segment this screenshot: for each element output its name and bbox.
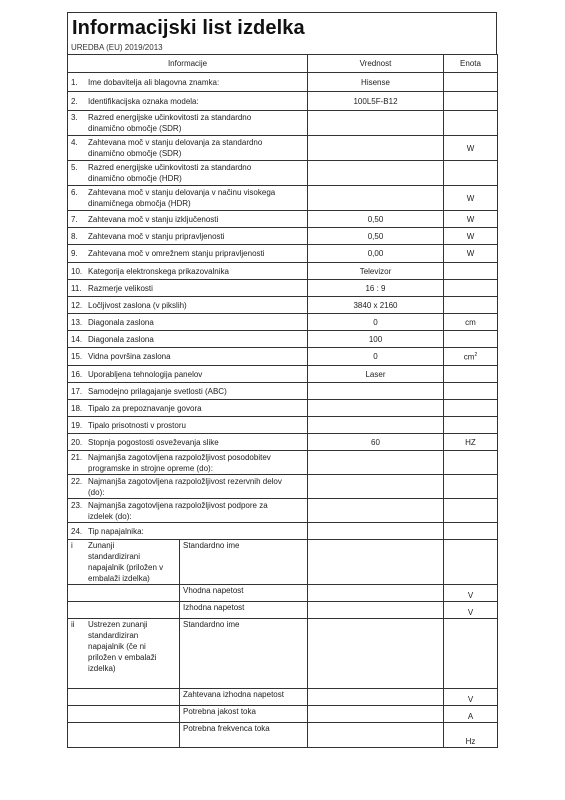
row-value: Laser [308, 366, 444, 383]
row-number: 18. [71, 403, 88, 414]
row-unit [444, 161, 498, 186]
row-unit [444, 400, 498, 417]
row-unit [444, 280, 498, 297]
power-supply-field-unit: V [444, 602, 498, 619]
row-value: 100L5F-B12 [308, 92, 444, 111]
power-supply-field-label: Standardno ime [180, 540, 308, 585]
row-number: 14. [71, 334, 88, 345]
row-number: 16. [71, 369, 88, 380]
row-label: Najmanjša zagotovljena razpoložljivost p… [88, 500, 288, 522]
row-label: Ime dobavitelja ali blagovna znamka: [88, 77, 288, 88]
row-value: Televizor [308, 263, 444, 280]
row-label: Diagonala zaslona [88, 334, 288, 345]
power-supply-field-unit [444, 619, 498, 689]
row-value: 0,50 [308, 228, 444, 245]
row-value: 0,50 [308, 211, 444, 228]
row-unit [444, 451, 498, 475]
row-value [308, 523, 444, 540]
row-unit: W [444, 245, 498, 263]
table-row: 22.Najmanjša zagotovljena razpoložljivos… [68, 475, 498, 499]
row-value [308, 383, 444, 400]
row-unit: W [444, 186, 498, 211]
row-value: 0 [308, 314, 444, 331]
row-label-cell: 21.Najmanjša zagotovljena razpoložljivos… [68, 451, 308, 475]
power-supply-field-value [308, 585, 444, 602]
table-row: 2.Identifikacijska oznaka modela:100L5F-… [68, 92, 498, 111]
row-number: 20. [71, 437, 88, 448]
row-label: Samodejno prilagajanje svetlosti (ABC) [88, 386, 288, 397]
power-supply-field-unit: Hz [444, 723, 498, 748]
table-row: 12.Ločljivost zaslona (v pikslih)3840 x … [68, 297, 498, 314]
row-number: 6. [71, 187, 88, 198]
row-unit [444, 383, 498, 400]
table-row: 23.Najmanjša zagotovljena razpoložljivos… [68, 499, 498, 523]
row-number: 3. [71, 112, 88, 123]
table-row: 21.Najmanjša zagotovljena razpoložljivos… [68, 451, 498, 475]
row-label-cell: 9.Zahtevana moč v omrežnem stanju pripra… [68, 245, 308, 263]
power-supply-field-value [308, 706, 444, 723]
table-row: 17.Samodejno prilagajanje svetlosti (ABC… [68, 383, 498, 400]
power-supply-field-value [308, 540, 444, 585]
row-unit: HZ [444, 434, 498, 451]
row-number: 24. [71, 526, 88, 537]
row-value [308, 499, 444, 523]
power-supply-field-unit: V [444, 585, 498, 602]
row-number: 1. [71, 77, 88, 88]
row-label: Zahtevana moč v stanju delovanja v način… [88, 187, 288, 209]
row-label: Najmanjša zagotovljena razpoložljivost p… [88, 452, 288, 474]
unit-text: W [467, 144, 475, 153]
group-number: ii [71, 619, 88, 630]
row-label: Identifikacijska oznaka modela: [88, 96, 288, 107]
row-label-cell: 18.Tipalo za prepoznavanje govora [68, 400, 308, 417]
row-number: 19. [71, 420, 88, 431]
table-header-row: Informacije Vrednost Enota [68, 55, 498, 73]
row-label: Zahtevana moč v stanju pripravljenosti [88, 231, 288, 242]
row-number: 21. [71, 452, 88, 463]
unit-text: W [467, 215, 475, 224]
row-label-cell: 1.Ime dobavitelja ali blagovna znamka: [68, 73, 308, 92]
document-title: Informacijski list izdelka [72, 17, 305, 40]
row-label: Zahtevana moč v omrežnem stanju pripravl… [88, 248, 288, 259]
power-supply-row: Zahtevana izhodna napetostV [68, 689, 498, 706]
row-value [308, 475, 444, 499]
product-information-sheet: Informacijski list izdelka UREDBA (EU) 2… [67, 12, 497, 738]
row-value: Hisense [308, 73, 444, 92]
row-number: 11. [71, 283, 88, 294]
row-label-cell: 24.Tip napajalnika: [68, 523, 308, 540]
row-label: Razmerje velikosti [88, 283, 288, 294]
table-row: 1.Ime dobavitelja ali blagovna znamka:Hi… [68, 73, 498, 92]
power-supply-field-unit: A [444, 706, 498, 723]
row-unit: W [444, 136, 498, 161]
row-label-cell: 10.Kategorija elektronskega prikazovalni… [68, 263, 308, 280]
power-supply-group-label: iiUstrezen zunanji standardiziran napaja… [68, 619, 180, 689]
row-label: Najmanjša zagotovljena razpoložljivost r… [88, 476, 288, 498]
row-unit [444, 366, 498, 383]
table-row: 7.Zahtevana moč v stanju izključenosti0,… [68, 211, 498, 228]
row-label-cell: 13.Diagonala zaslona [68, 314, 308, 331]
row-number: 12. [71, 300, 88, 311]
unit-text: cm [464, 353, 475, 362]
power-supply-field-label: Izhodna napetost [180, 602, 308, 619]
power-supply-row: iiUstrezen zunanji standardiziran napaja… [68, 619, 498, 689]
row-label: Tipalo prisotnosti v prostoru [88, 420, 288, 431]
unit-text: W [467, 249, 475, 258]
power-supply-field-value [308, 619, 444, 689]
table-row: 11.Razmerje velikosti16 : 9 [68, 280, 498, 297]
row-unit: W [444, 211, 498, 228]
row-number: 17. [71, 386, 88, 397]
table-row: 19.Tipalo prisotnosti v prostoru [68, 417, 498, 434]
unit-text: W [467, 232, 475, 241]
row-label-cell: 12.Ločljivost zaslona (v pikslih) [68, 297, 308, 314]
row-value: 3840 x 2160 [308, 297, 444, 314]
row-number: 23. [71, 500, 88, 511]
power-supply-field-value [308, 602, 444, 619]
table-row: 9.Zahtevana moč v omrežnem stanju pripra… [68, 245, 498, 263]
row-label: Stopnja pogostosti osveževanja slike [88, 437, 288, 448]
row-label-cell: 14.Diagonala zaslona [68, 331, 308, 348]
row-label-cell: 20.Stopnja pogostosti osveževanja slike [68, 434, 308, 451]
row-number: 22. [71, 476, 88, 487]
table-row: 10.Kategorija elektronskega prikazovalni… [68, 263, 498, 280]
power-supply-field-unit [444, 540, 498, 585]
row-value [308, 136, 444, 161]
row-label: Diagonala zaslona [88, 317, 288, 328]
row-number: 8. [71, 231, 88, 242]
row-label-cell: 5.Razred energijske učinkovitosti za sta… [68, 161, 308, 186]
row-label-cell: 4.Zahtevana moč v stanju delovanja za st… [68, 136, 308, 161]
power-supply-field-unit: V [444, 689, 498, 706]
row-label: Vidna površina zaslona [88, 351, 288, 362]
row-label-cell: 2.Identifikacijska oznaka modela: [68, 92, 308, 111]
row-number: 13. [71, 317, 88, 328]
table-row: 13.Diagonala zaslona0cm [68, 314, 498, 331]
row-label: Uporabljena tehnologija panelov [88, 369, 288, 380]
power-supply-field-label: Standardno ime [180, 619, 308, 689]
row-number: 4. [71, 137, 88, 148]
row-label-cell: 6.Zahtevana moč v stanju delovanja v nač… [68, 186, 308, 211]
row-label-cell: 8.Zahtevana moč v stanju pripravljenosti [68, 228, 308, 245]
header-info: Informacije [68, 55, 308, 73]
row-unit [444, 263, 498, 280]
row-unit [444, 92, 498, 111]
group-number: i [71, 540, 88, 551]
row-number: 15. [71, 351, 88, 362]
group-label: Ustrezen zunanji standardiziran napajaln… [88, 619, 168, 674]
row-label: Tipalo za prepoznavanje govora [88, 403, 288, 414]
table-row: 6.Zahtevana moč v stanju delovanja v nač… [68, 186, 498, 211]
row-label: Tip napajalnika: [88, 526, 288, 537]
empty-group-cell [68, 585, 180, 602]
table-row: 8.Zahtevana moč v stanju pripravljenosti… [68, 228, 498, 245]
row-unit [444, 73, 498, 92]
row-unit [444, 331, 498, 348]
power-supply-field-value [308, 689, 444, 706]
row-value [308, 111, 444, 136]
table-row: 5.Razred energijske učinkovitosti za sta… [68, 161, 498, 186]
power-supply-row: Potrebna frekvenca tokaHz [68, 723, 498, 748]
title-box: Informacijski list izdelka UREDBA (EU) 2… [67, 12, 497, 55]
empty-group-cell [68, 689, 180, 706]
row-unit [444, 297, 498, 314]
row-unit [444, 111, 498, 136]
table-row: 18.Tipalo za prepoznavanje govora [68, 400, 498, 417]
regulation-reference: UREDBA (EU) 2019/2013 [71, 43, 163, 52]
row-unit [444, 499, 498, 523]
row-label: Razred energijske učinkovitosti za stand… [88, 162, 288, 184]
row-number: 10. [71, 266, 88, 277]
row-label-cell: 11.Razmerje velikosti [68, 280, 308, 297]
row-value [308, 400, 444, 417]
row-value [308, 161, 444, 186]
product-info-table: Informacije Vrednost Enota 1.Ime dobavit… [67, 54, 498, 748]
empty-group-cell [68, 706, 180, 723]
row-unit [444, 475, 498, 499]
row-number: 2. [71, 96, 88, 107]
empty-group-cell [68, 602, 180, 619]
row-label-cell: 3.Razred energijske učinkovitosti za sta… [68, 111, 308, 136]
row-value: 0,00 [308, 245, 444, 263]
power-supply-field-label: Potrebna jakost toka [180, 706, 308, 723]
unit-text: W [467, 194, 475, 203]
row-label-cell: 7.Zahtevana moč v stanju izključenosti [68, 211, 308, 228]
header-value: Vrednost [308, 55, 444, 73]
row-number: 9. [71, 248, 88, 259]
row-value: 60 [308, 434, 444, 451]
row-value [308, 417, 444, 434]
table-row: 16.Uporabljena tehnologija panelovLaser [68, 366, 498, 383]
row-label-cell: 19.Tipalo prisotnosti v prostoru [68, 417, 308, 434]
row-unit [444, 523, 498, 540]
row-value: 16 : 9 [308, 280, 444, 297]
table-row: 15.Vidna površina zaslona0cm2 [68, 348, 498, 366]
row-label: Zahtevana moč v stanju izključenosti [88, 214, 288, 225]
row-label: Ločljivost zaslona (v pikslih) [88, 300, 288, 311]
row-number: 7. [71, 214, 88, 225]
row-unit [444, 417, 498, 434]
row-value: 100 [308, 331, 444, 348]
power-supply-field-label: Zahtevana izhodna napetost [180, 689, 308, 706]
power-supply-field-value [308, 723, 444, 748]
table-row: 3.Razred energijske učinkovitosti za sta… [68, 111, 498, 136]
power-supply-field-label: Vhodna napetost [180, 585, 308, 602]
row-value [308, 451, 444, 475]
row-label-cell: 15.Vidna površina zaslona [68, 348, 308, 366]
power-supply-row: Vhodna napetostV [68, 585, 498, 602]
row-label: Kategorija elektronskega prikazovalnika [88, 266, 288, 277]
group-label: Zunanji standardizirani napajalnik (pril… [88, 540, 168, 584]
row-label-cell: 16.Uporabljena tehnologija panelov [68, 366, 308, 383]
empty-group-cell [68, 723, 180, 748]
power-supply-field-label: Potrebna frekvenca toka [180, 723, 308, 748]
row-value [308, 186, 444, 211]
power-supply-row: Izhodna napetostV [68, 602, 498, 619]
row-unit: cm2 [444, 348, 498, 366]
row-label: Razred energijske učinkovitosti za stand… [88, 112, 288, 134]
unit-text: cm [465, 318, 476, 327]
row-label-cell: 22.Najmanjša zagotovljena razpoložljivos… [68, 475, 308, 499]
row-value: 0 [308, 348, 444, 366]
unit-text: HZ [465, 438, 476, 447]
header-unit: Enota [444, 55, 498, 73]
row-number: 5. [71, 162, 88, 173]
unit-superscript: 2 [474, 352, 477, 358]
table-row: 20.Stopnja pogostosti osveževanja slike6… [68, 434, 498, 451]
table-row: 14.Diagonala zaslona100 [68, 331, 498, 348]
table-row: 4.Zahtevana moč v stanju delovanja za st… [68, 136, 498, 161]
power-supply-row: Potrebna jakost tokaA [68, 706, 498, 723]
row-label: Zahtevana moč v stanju delovanja za stan… [88, 137, 288, 159]
power-supply-row: iZunanji standardizirani napajalnik (pri… [68, 540, 498, 585]
power-supply-group-label: iZunanji standardizirani napajalnik (pri… [68, 540, 180, 585]
row-unit: cm [444, 314, 498, 331]
row-unit: W [444, 228, 498, 245]
table-row: 24.Tip napajalnika: [68, 523, 498, 540]
row-label-cell: 23.Najmanjša zagotovljena razpoložljivos… [68, 499, 308, 523]
row-label-cell: 17.Samodejno prilagajanje svetlosti (ABC… [68, 383, 308, 400]
